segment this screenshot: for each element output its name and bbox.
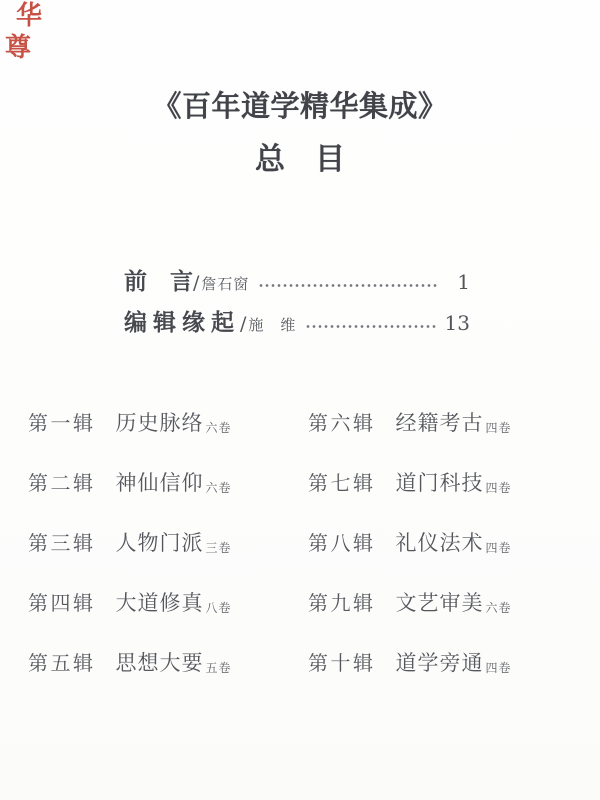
series-entry-2: 第二辑神仙信仰六卷 <box>28 467 308 493</box>
volume-count: 五卷 <box>206 661 232 675</box>
toc-entry-preface: 前 言/詹石窗 1 <box>124 263 470 293</box>
preface-author: 詹石窗 <box>201 273 249 294</box>
series-entry-5: 第五辑思想大要五卷 <box>28 647 308 673</box>
series-title: 经籍考古 <box>396 411 484 435</box>
page-background: 华 尊 《百年道学精华集成》 总 目 前 言/詹石窗 1 编辑缘起/施 维 13… <box>0 0 600 800</box>
series-number: 第六辑 <box>308 411 376 435</box>
series-number: 第三辑 <box>28 531 96 555</box>
editorial-origin-page-number: 13 <box>444 311 470 335</box>
series-number: 第十辑 <box>308 651 376 675</box>
series-entry-8: 第八辑礼仪法术四卷 <box>308 527 512 553</box>
series-entry-9: 第九辑文艺审美六卷 <box>308 587 512 613</box>
volume-count: 六卷 <box>486 601 512 615</box>
series-entry-6: 第六辑经籍考古四卷 <box>308 407 512 433</box>
series-title: 思想大要 <box>116 651 204 675</box>
series-number: 第一辑 <box>28 411 96 435</box>
editorial-origin-label: 编辑缘起 <box>124 304 240 337</box>
slash-separator: / <box>193 272 199 294</box>
series-number: 第七辑 <box>308 471 376 495</box>
series-number: 第九辑 <box>308 591 376 615</box>
scanned-toc-page: { "stamp": { "top": "华", "bottom": "尊", … <box>0 0 600 800</box>
series-title: 道学旁通 <box>396 651 484 675</box>
red-stamp-mark-top: 华 <box>16 3 42 29</box>
series-entry-10: 第十辑道学旁通四卷 <box>308 647 512 673</box>
volume-count: 四卷 <box>486 421 512 435</box>
dot-leader <box>306 324 437 329</box>
volume-count: 四卷 <box>486 481 512 495</box>
slash-separator: / <box>240 313 246 335</box>
series-title: 人物门派 <box>116 531 204 555</box>
series-title: 历史脉络 <box>116 411 204 435</box>
preface-page-number: 1 <box>444 270 470 294</box>
series-number: 第八辑 <box>308 531 376 555</box>
editorial-origin-author: 施 维 <box>248 314 296 335</box>
series-list: 第一辑历史脉络六卷 第二辑神仙信仰六卷 第三辑人物门派三卷 第四辑大道修真八卷 … <box>28 407 512 707</box>
red-stamp-mark-bottom: 尊 <box>5 35 31 61</box>
book-title: 《百年道学精华集成》 <box>0 84 600 125</box>
volume-count: 四卷 <box>486 661 512 675</box>
volume-count: 三卷 <box>206 541 232 555</box>
series-number: 第五辑 <box>28 651 96 675</box>
series-entry-3: 第三辑人物门派三卷 <box>28 527 308 553</box>
series-title: 大道修真 <box>116 591 204 615</box>
volume-count: 八卷 <box>206 601 232 615</box>
toc-entry-editorial-origin: 编辑缘起/施 维 13 <box>124 304 470 334</box>
volume-count: 四卷 <box>486 541 512 555</box>
series-title: 神仙信仰 <box>116 471 204 495</box>
series-number: 第四辑 <box>28 591 96 615</box>
front-matter-list: 前 言/詹石窗 1 编辑缘起/施 维 13 <box>124 263 470 345</box>
series-number: 第二辑 <box>28 471 96 495</box>
series-title: 文艺审美 <box>396 591 484 615</box>
series-title: 道门科技 <box>396 471 484 495</box>
series-entry-1: 第一辑历史脉络六卷 <box>28 407 308 433</box>
dot-leader <box>259 283 437 288</box>
series-entry-7: 第七辑道门科技四卷 <box>308 467 512 493</box>
volume-count: 六卷 <box>206 421 232 435</box>
volume-count: 六卷 <box>206 481 232 495</box>
series-entry-4: 第四辑大道修真八卷 <box>28 587 308 613</box>
preface-label: 前 言 <box>124 263 193 296</box>
toc-heading: 总 目 <box>0 134 600 178</box>
series-title: 礼仪法术 <box>396 531 484 555</box>
